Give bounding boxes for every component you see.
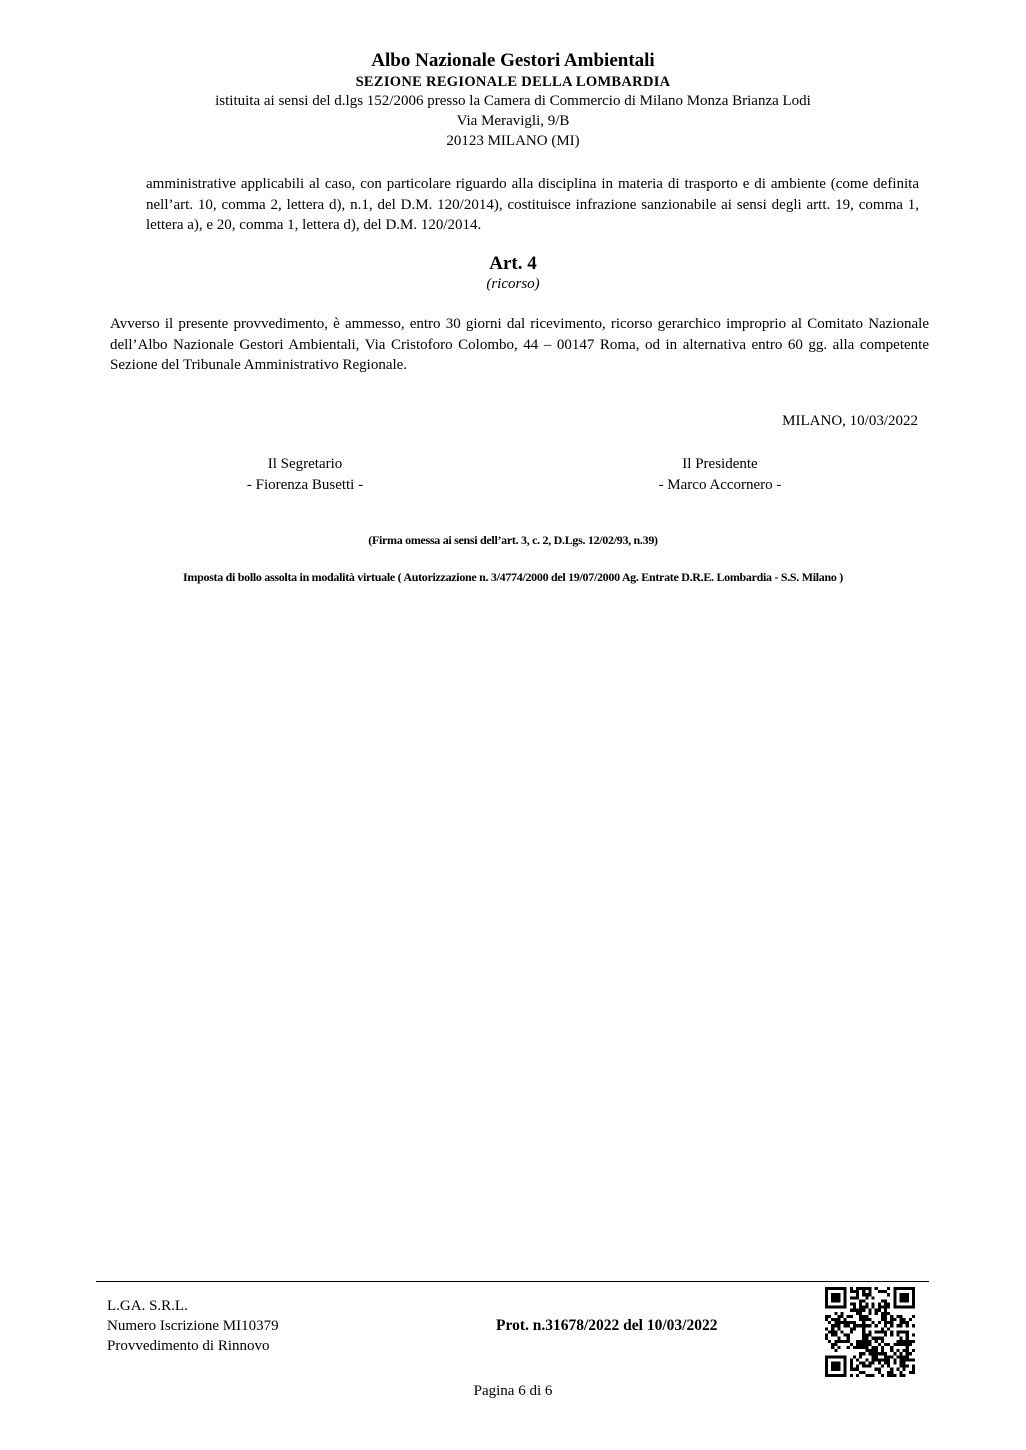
signature-note: (Firma omessa ai sensi dell’art. 3, c. 2… [0, 533, 1026, 548]
stamp-note: Imposta di bollo assolta in modalità vir… [0, 570, 1026, 585]
footer-divider [96, 1281, 929, 1282]
signature-role: Il Presidente [590, 454, 850, 475]
footer-protocol: Prot. n.31678/2022 del 10/03/2022 [496, 1317, 717, 1335]
footer-company: L.GA. S.R.L. [107, 1296, 279, 1316]
continuation-paragraph: amministrative applicabili al caso, con … [146, 174, 919, 236]
signature-role: Il Segretario [175, 454, 435, 475]
article-subtitle: (ricorso) [0, 276, 1026, 293]
qr-code-icon [824, 1287, 916, 1377]
page-number: Pagina 6 di 6 [0, 1383, 1026, 1400]
header-established: istituita ai sensi del d.lgs 152/2006 pr… [0, 93, 1026, 110]
signature-name: - Fiorenza Busetti - [175, 475, 435, 496]
signature-secretary: Il Segretario - Fiorenza Busetti - [175, 454, 435, 495]
header-title: Albo Nazionale Gestori Ambientali [0, 50, 1026, 72]
place-date: MILANO, 10/03/2022 [782, 413, 918, 430]
header-address-line1: Via Meravigli, 9/B [0, 113, 1026, 130]
article-title: Art. 4 [0, 253, 1026, 275]
footer-company-info: L.GA. S.R.L. Numero Iscrizione MI10379 P… [107, 1296, 279, 1356]
signature-name: - Marco Accornero - [590, 475, 850, 496]
footer-registration: Numero Iscrizione MI10379 [107, 1316, 279, 1336]
article-text: Avverso il presente provvedimento, è amm… [110, 314, 929, 376]
header-address-line2: 20123 MILANO (MI) [0, 133, 1026, 150]
header-section: SEZIONE REGIONALE DELLA LOMBARDIA [0, 74, 1026, 91]
footer-document-type: Provvedimento di Rinnovo [107, 1336, 279, 1356]
signature-president: Il Presidente - Marco Accornero - [590, 454, 850, 495]
